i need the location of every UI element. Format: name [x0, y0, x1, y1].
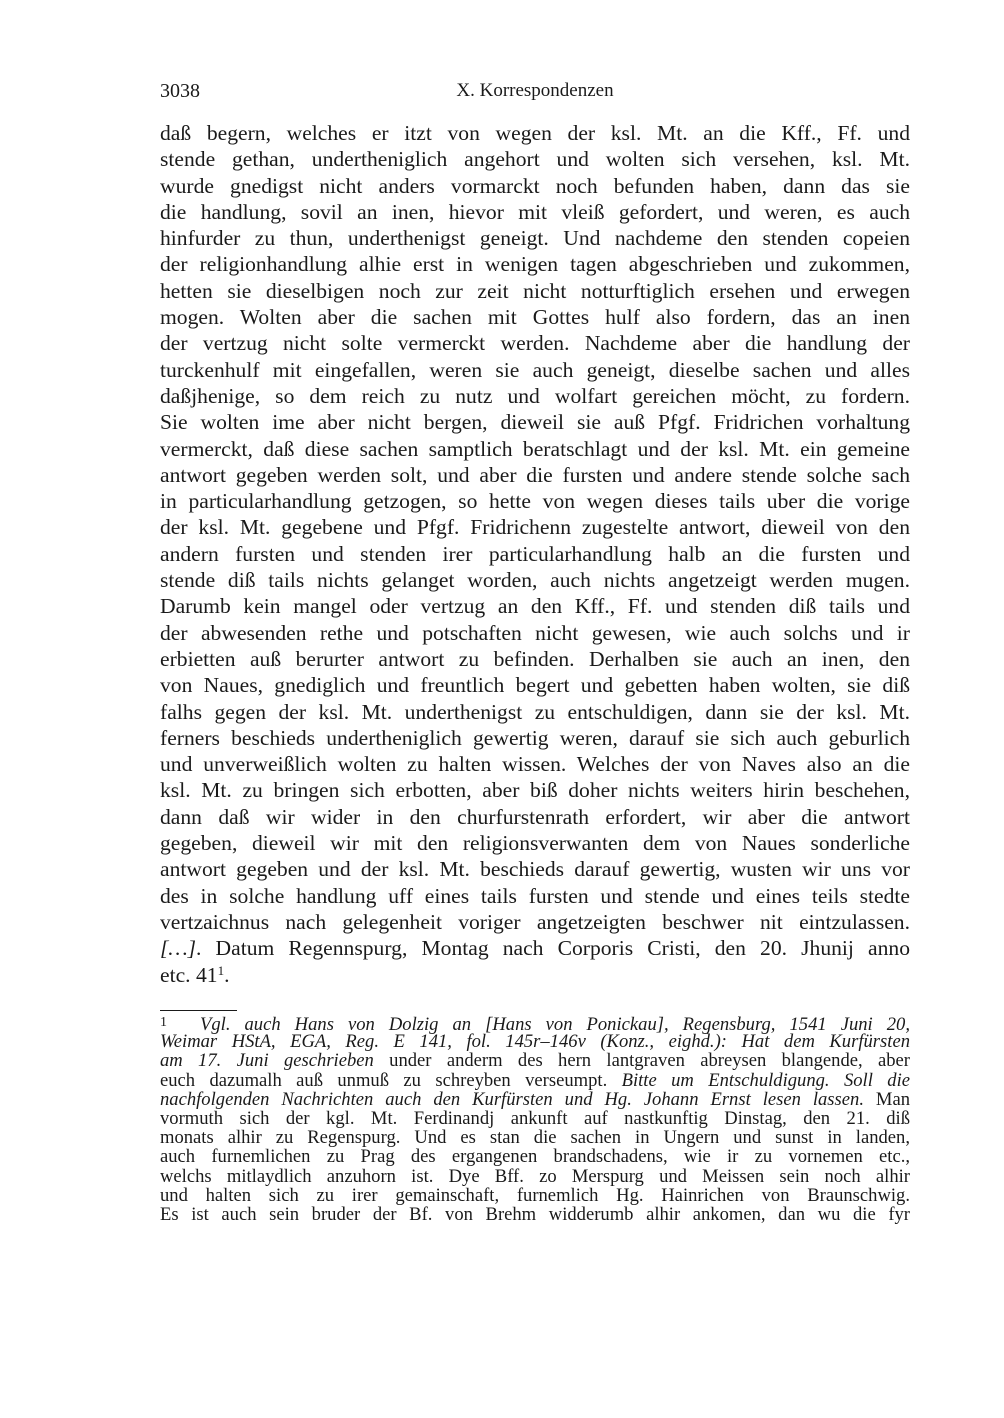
footnote-line: monats alhir zu Regenspurg. Und es stan … — [160, 1128, 910, 1147]
final-line: etc. 411. — [160, 962, 910, 988]
footnotes: 1Vgl. auch Hans von Dolzig an [Hans von … — [160, 1013, 910, 1224]
footnote-separator — [160, 1010, 237, 1011]
footnote-source-text: vormuth sich der kgl. Mt. Ferdinandj ank… — [160, 1108, 910, 1129]
footnote-line: auch furnemlichen zu Prag des ergangenen… — [160, 1147, 910, 1166]
text-line: erbietten auß berurter antwort zu befind… — [160, 646, 910, 672]
footnote-line: euch dazumalh auß unmuß zu schreyben ver… — [160, 1071, 910, 1090]
text-line: stende gethan, undertheniglich angehort … — [160, 146, 910, 172]
text-line: daß begern, welches er itzt von wegen de… — [160, 120, 910, 146]
text-line: gegeben, dieweil wir mit den religionsve… — [160, 830, 910, 856]
footnote-source-text: under anderm des hern lantgraven abreyse… — [374, 1050, 910, 1071]
text-line: hetten sie dieselbigen noch zur zeit nic… — [160, 278, 910, 304]
footnote-source-text: auch furnemlichen zu Prag des ergangenen… — [160, 1146, 910, 1167]
footnote-source-text: und halten sich zu irer gemainschaft, fu… — [160, 1185, 910, 1206]
footnote-editorial-text: Weimar HStA, EGA, Reg. E 141, fol. 145r–… — [160, 1031, 910, 1052]
final-punctuation: . — [224, 963, 229, 987]
text-line: wurde gnedigst nicht anders vormarckt no… — [160, 173, 910, 199]
text-line: des in solche handlung uff eines tails f… — [160, 883, 910, 909]
footnote-editorial-text: am 17. Juni geschrieben — [160, 1050, 374, 1071]
text-line: vertzaichnus nach gelegenheit voriger an… — [160, 909, 910, 935]
footnote-line: vormuth sich der kgl. Mt. Ferdinandj ank… — [160, 1109, 910, 1128]
text-line: antwort gegeben und der ksl. Mt. beschie… — [160, 856, 910, 882]
text-line: turckenhulf mit eingefallen, weren sie a… — [160, 357, 910, 383]
text-line: der vertzug nicht solte vermerckt werden… — [160, 330, 910, 356]
section-title: X. Korrespondenzen — [160, 80, 910, 102]
footnote-source-text: Es ist auch sein bruder der Bf. von Breh… — [160, 1204, 910, 1225]
text-line: Darumb kein mangel oder vertzug an den K… — [160, 593, 910, 619]
footnote-editorial-text: Bitte um Entschuldigung. Soll die — [622, 1070, 910, 1091]
dating-text: . Datum Regennspurg, Montag nach Corpori… — [196, 936, 910, 960]
text-line: daßjhenige, so dem reich zu nutz und wol… — [160, 383, 910, 409]
text-line: dann daß wir wider in den churfurstenrat… — [160, 804, 910, 830]
footnote-source-text: Man — [864, 1089, 910, 1110]
text-line: der ksl. Mt. gegebene und Pfgf. Fridrich… — [160, 514, 910, 540]
text-line: und unverweißlich wolten zu halten wisse… — [160, 751, 910, 777]
footnote-source-text: euch dazumalh auß unmuß zu schreyben ver… — [160, 1070, 622, 1091]
text-line: vermerckt, daß diese sachen samptlich be… — [160, 436, 910, 462]
footnote-source-text: welchs mitlaydlich anzuhorn ist. Dye Bff… — [160, 1166, 910, 1187]
text-line: falhs gegen der ksl. Mt. underthenigst z… — [160, 699, 910, 725]
text-line: andern fursten und stenden irer particul… — [160, 541, 910, 567]
footnote-line: am 17. Juni geschrieben under anderm des… — [160, 1051, 910, 1070]
text-line: in particularhandlung getzogen, so hette… — [160, 488, 910, 514]
footnote-line: welchs mitlaydlich anzuhorn ist. Dye Bff… — [160, 1167, 910, 1186]
footnote-line: 1Vgl. auch Hans von Dolzig an [Hans von … — [160, 1013, 910, 1032]
footnote-editorial-text: nachfolgenden Nachrichten auch den Kurfü… — [160, 1089, 864, 1110]
text-line: hinfurder zu thun, underthenigst geneigt… — [160, 225, 910, 251]
footnote-line: Weimar HStA, EGA, Reg. E 141, fol. 145r–… — [160, 1032, 910, 1051]
footnote-source-text: monats alhir zu Regenspurg. Und es stan … — [160, 1127, 910, 1148]
final-text: etc. 41 — [160, 963, 218, 987]
text-line: von Naues, gnediglich und freuntlich beg… — [160, 672, 910, 698]
text-line: ksl. Mt. zu bringen sich erbotten, aber … — [160, 777, 910, 803]
closing-line: […]. Datum Regennspurg, Montag nach Corp… — [160, 935, 910, 961]
text-line: Sie wolten ime aber nicht bergen, diewei… — [160, 409, 910, 435]
footnote-line: und halten sich zu irer gemainschaft, fu… — [160, 1186, 910, 1205]
text-line: der religionhandlung alhie erst in wenig… — [160, 251, 910, 277]
text-line: antwort gegeben werden solt, und aber di… — [160, 462, 910, 488]
text-line: ferners beschieds undertheniglich gewert… — [160, 725, 910, 751]
main-text: daß begern, welches er itzt von wegen de… — [160, 120, 910, 988]
footnote-line: Es ist auch sein bruder der Bf. von Breh… — [160, 1205, 910, 1224]
text-line: die handlung, sovil an inen, hievor mit … — [160, 199, 910, 225]
text-line: mogen. Wolten aber die sachen mit Gottes… — [160, 304, 910, 330]
text-line: der abwesenden rethe und potschaften nic… — [160, 620, 910, 646]
running-head: 3038 X. Korrespondenzen — [160, 80, 910, 106]
editorial-ellipsis: […] — [160, 936, 196, 960]
footnote-number: 1 — [160, 1013, 200, 1032]
text-line: stende diß tails nichts gelanget worden,… — [160, 567, 910, 593]
footnote-line: nachfolgenden Nachrichten auch den Kurfü… — [160, 1090, 910, 1109]
